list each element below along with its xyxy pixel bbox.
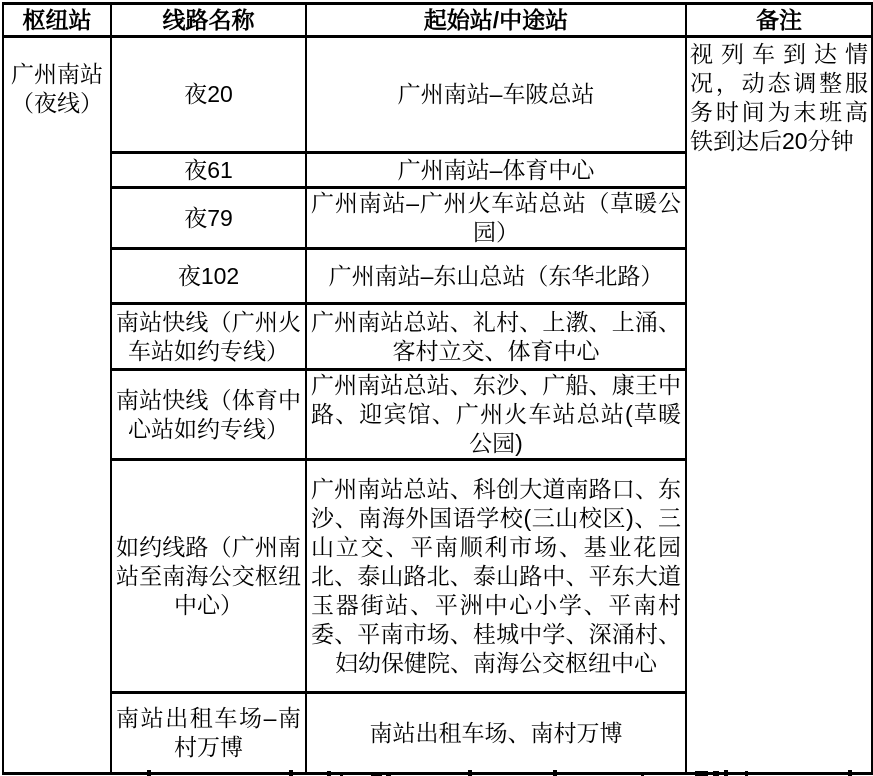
- stops-cell: 广州南站总站、东沙、广船、康王中路、迎宾馆、广州火车站总站(草暖公园): [306, 370, 686, 460]
- glyph-fragment: [147, 770, 151, 776]
- stops-cell: 广州南站–广州火车站总站（草暖公园）: [306, 188, 686, 249]
- hub-station-cell: 广州南站 （夜线）: [3, 37, 111, 774]
- remark-line: 视列车到达情: [690, 40, 868, 69]
- route-name-cell: 如约线路（广州南站至南海公交枢纽中心）: [111, 460, 306, 693]
- stops-cell: 广州南站–东山总站（东华北路）: [306, 249, 686, 304]
- glyph-fragment: [553, 770, 557, 776]
- glyph-fragment: [695, 771, 708, 776]
- stops-cell: 广州南站总站、科创大道南路口、东沙、南海外国语学校(三山校区)、三山立交、平南顺…: [306, 460, 686, 693]
- stops-cell: 南站出租车场、南村万博: [306, 693, 686, 774]
- glyph-fragment: [468, 770, 472, 776]
- stops-cell: 广州南站总站、礼村、上漖、上涌、客村立交、体育中心: [306, 304, 686, 370]
- header-route-name: 线路名称: [111, 4, 306, 37]
- header-start-mid-stations: 起始站/中途站: [306, 4, 686, 37]
- remark-line: 铁到达后20分钟: [690, 127, 868, 156]
- glyph-fragment: [641, 772, 644, 776]
- bus-routes-table: 枢纽站 线路名称 起始站/中途站 备注 广州南站 （夜线） 夜20 广州南站–车…: [2, 2, 873, 775]
- cropped-caption: [0, 768, 873, 776]
- route-name-cell: 夜61: [111, 153, 306, 188]
- glyph-fragment: [386, 772, 391, 776]
- stops-cell: 广州南站–车陂总站: [306, 37, 686, 153]
- glyph-fragment: [848, 770, 852, 776]
- stops-cell: 广州南站–体育中心: [306, 153, 686, 188]
- page: 枢纽站 线路名称 起始站/中途站 备注 广州南站 （夜线） 夜20 广州南站–车…: [0, 2, 873, 776]
- hub-station-name: 广州南站: [8, 60, 106, 89]
- glyph-fragment: [371, 772, 382, 776]
- glyph-fragment: [724, 770, 728, 776]
- remark-line: 况，动态调整服: [690, 69, 868, 98]
- header-remarks: 备注: [686, 4, 872, 37]
- table-row: 广州南站 （夜线） 夜20 广州南站–车陂总站 视列车到达情 况，动态调整服 务…: [3, 37, 872, 153]
- route-name-cell: 南站出租车场–南村万博: [111, 693, 306, 774]
- header-hub-station: 枢纽站: [3, 4, 111, 37]
- route-name-cell: 南站快线（体育中心站如约专线）: [111, 370, 306, 460]
- glyph-fragment: [340, 772, 343, 776]
- route-name-cell: 夜102: [111, 249, 306, 304]
- route-name-cell: 南站快线（广州火车站如约专线）: [111, 304, 306, 370]
- glyph-fragment: [327, 771, 331, 776]
- hub-station-qualifier: （夜线）: [8, 89, 106, 118]
- route-name-cell: 夜79: [111, 188, 306, 249]
- header-row: 枢纽站 线路名称 起始站/中途站 备注: [3, 4, 872, 37]
- glyph-fragment: [289, 770, 293, 776]
- glyph-fragment: [713, 771, 719, 776]
- route-name-cell: 夜20: [111, 37, 306, 153]
- remarks-cell: 视列车到达情 况，动态调整服 务时间为末班高 铁到达后20分钟: [686, 37, 872, 774]
- remark-line: 务时间为末班高: [690, 98, 868, 127]
- glyph-fragment: [745, 771, 748, 776]
